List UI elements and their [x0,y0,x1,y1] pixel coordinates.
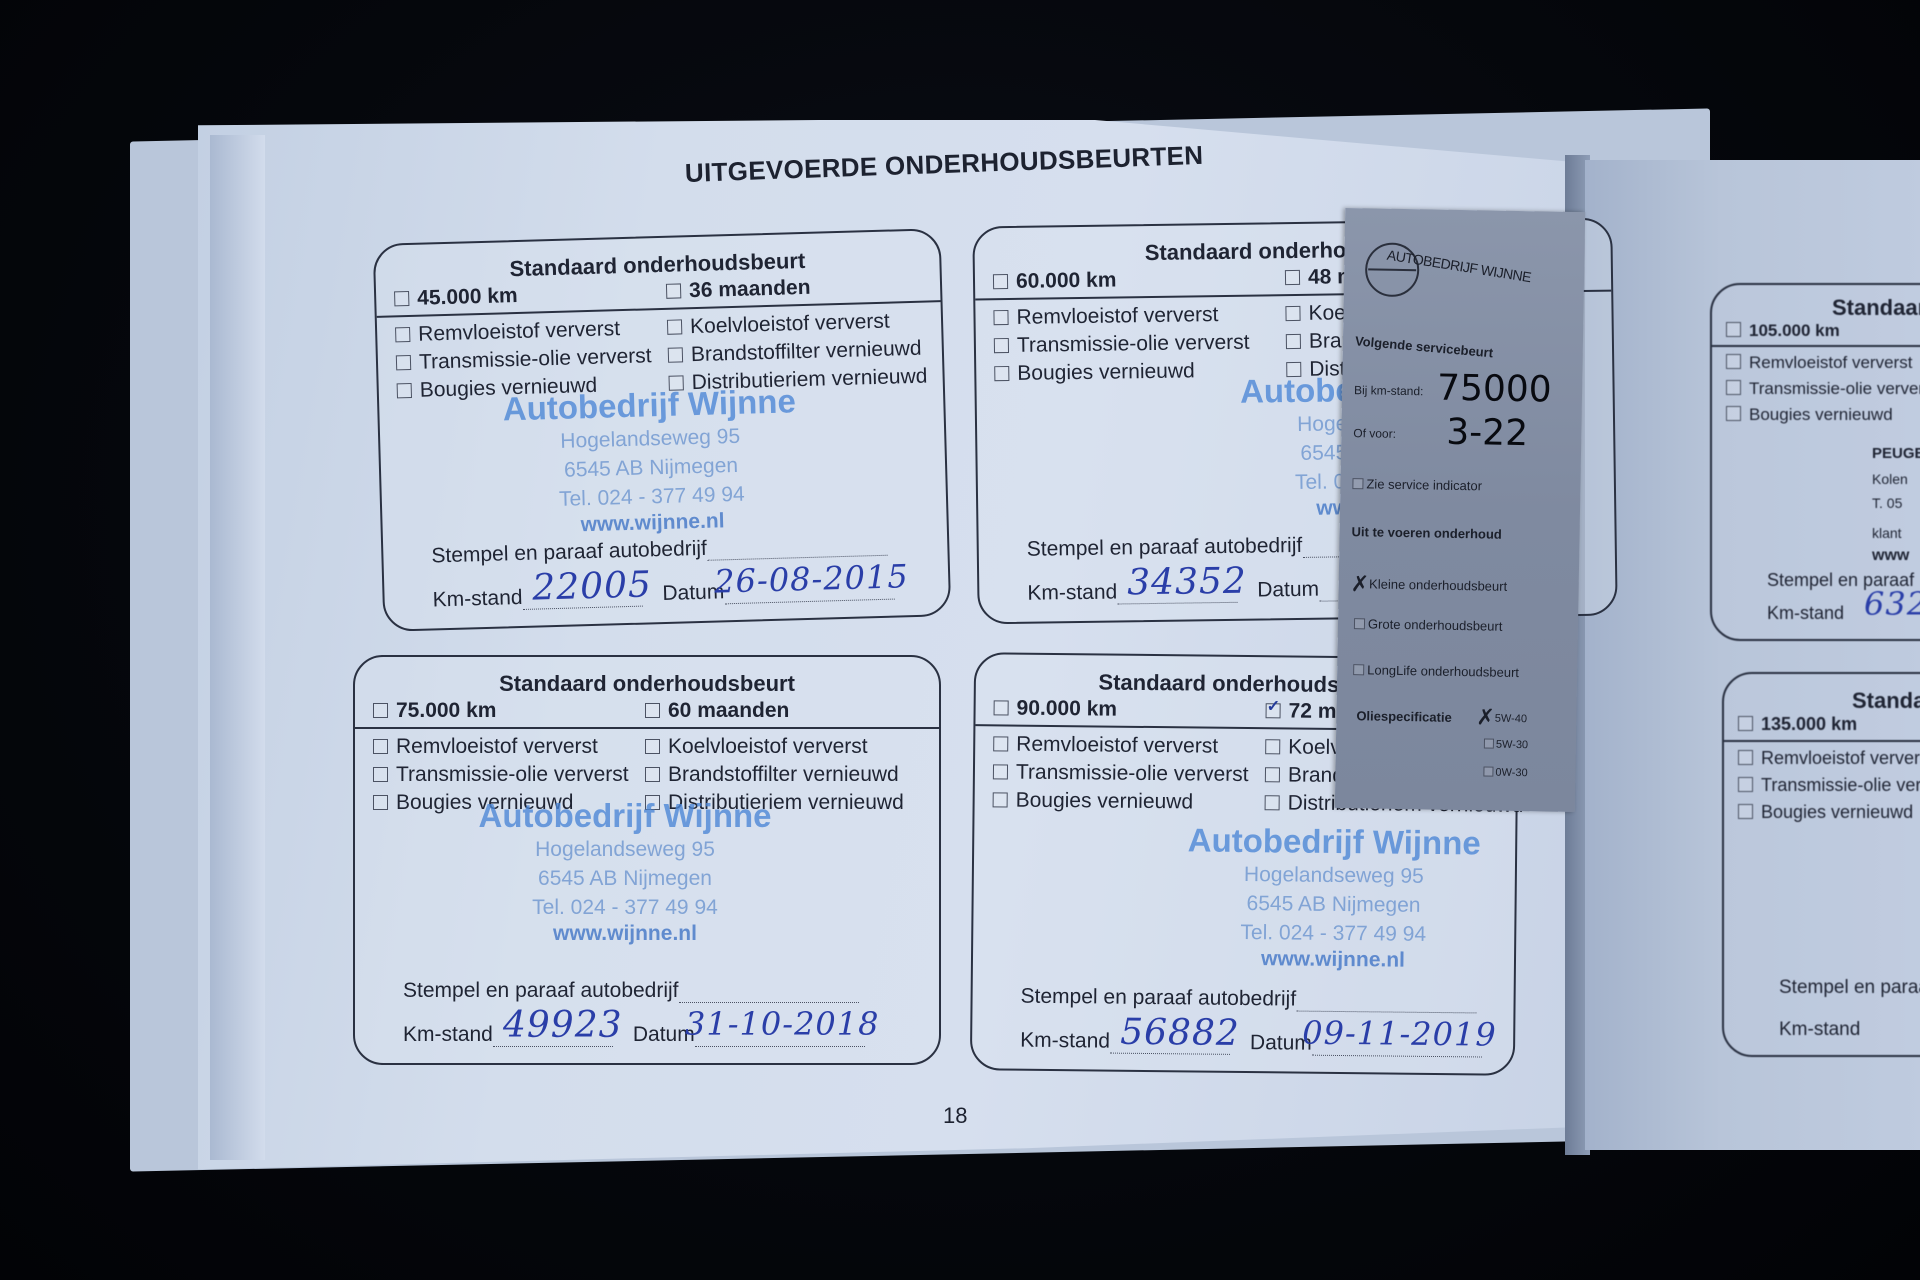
item-label: Brandstoffilter vernieuwd [668,763,899,786]
item-label: Transmissie-olie ververst [1761,775,1920,795]
item-label: Remvloeistof ververst [1016,303,1218,329]
maintenance-card-3: Standaard onderhoudsbeurt75.000 km60 maa… [353,655,941,1065]
dealer-stamp: Autobedrijf Wijnne Hogelandseweg 95 6545… [1123,821,1545,974]
signature-label: Stempel en paraaf autobedrijf [1020,985,1296,1011]
stamp-city: 6545 AB Nijmegen [1123,888,1543,921]
item-label: Transmissie-olie ververst [1017,331,1250,357]
signature-line[interactable] [679,1002,859,1003]
stamp-street: Hogelandseweg 95 [415,835,835,864]
checkbox-km[interactable] [993,274,1008,289]
stamp-name: Autobedrijf Wijnne [415,797,835,835]
item-label: Remvloeistof ververst [1761,748,1920,768]
stamp-city: 6545 AB Nijmegen [415,864,835,893]
stamp-phone: Tel. 024 - 377 49 94 [1123,917,1543,950]
km-interval: 60.000 km [1016,268,1117,292]
signature-label: Stempel en paraaf autobedrijf [431,537,707,568]
checkbox-months[interactable] [666,283,681,298]
steering-wheel-icon [1362,234,1423,305]
checkbox[interactable] [994,366,1009,381]
checkbox[interactable] [645,767,660,782]
month-interval: 60 maanden [668,699,789,722]
stamp-line: T. 05 [1872,495,1902,511]
checkbox[interactable] [993,736,1008,751]
item-label: Transmissie-olie ververst [396,763,629,786]
dealer-stamp: Autobedrijf Wijnne Hogelandseweg 95 6545… [439,380,863,541]
checkbox[interactable] [1726,380,1741,395]
checkbox[interactable] [1738,804,1753,819]
km-label: 105.000 km [1749,321,1840,340]
item-label: Bougies vernieuwd [1761,802,1913,822]
item-label: Brandstoffilter vernieuwd [691,337,922,366]
maintenance-card-1: Standaard onderhoudsbeurt45.000 km36 maa… [373,228,952,632]
stamp-line: www [1872,547,1909,565]
km-label: Bij km-stand: [1354,383,1424,398]
checkbox[interactable] [373,795,388,810]
checkbox[interactable] [1726,406,1741,421]
date-label: Datum [1257,578,1319,602]
checkbox[interactable] [1353,664,1364,675]
checkbox[interactable] [1726,354,1741,369]
date-value: 26-08-2015 [714,557,909,600]
checkbox[interactable] [994,338,1009,353]
next-service-label: Volgende servicebeurt [1354,333,1493,360]
date-value: 31-10-2018 [685,1005,880,1043]
item-label: Remvloeistof ververst [1016,733,1218,758]
checkbox[interactable] [993,764,1008,779]
item-label: Remvloeistof ververst [1749,353,1912,372]
stamp-line: Kolen [1872,471,1908,487]
page-edge [210,135,265,1160]
card-title: Standaard [1832,295,1920,321]
checkbox[interactable] [1352,478,1363,489]
item-label: Transmissie-olie ververst [1749,379,1920,398]
item-label: Bougies vernieuwd [1749,405,1893,424]
stamp-phone: Tel. 024 - 377 49 94 [415,893,835,922]
date-line[interactable] [1312,1055,1482,1058]
checkbox-months[interactable] [1266,703,1281,718]
service-indicator-label: Zie service indicator [1366,476,1482,493]
service-sticker: AUTOBEDRIJF WIJNNE Volgende servicebeurt… [1335,208,1585,812]
card-title: Standaard onderhoudsbeurt [355,671,939,697]
signature-label: Stempel en paraaf [1779,977,1920,999]
checkbox[interactable] [373,739,388,754]
item-label: Transmissie-olie ververst [419,344,652,373]
item-label: Bougies vernieuwd [1017,359,1195,384]
month-interval: 36 maanden [689,276,811,302]
stamp-street: Hogelandseweg 95 [1124,859,1544,892]
stamp-line: PEUGEOT [1872,445,1920,462]
km-stand-value: 22005 [532,564,653,608]
checkbox-months[interactable] [1285,270,1300,285]
checkbox-km[interactable] [394,291,409,306]
checkbox[interactable] [1354,618,1365,629]
km-stand-value: 632 [1864,585,1920,623]
stamp-name: Autobedrijf Wijnne [1124,821,1544,863]
checkbox[interactable] [1265,795,1280,810]
option-label: Grote onderhoudsbeurt [1368,616,1503,633]
item-label: Transmissie-olie ververst [1016,761,1249,786]
km-stand-label: Km-stand [1767,603,1844,624]
checkbox[interactable] [1726,322,1741,337]
oil-option: 5W-30 [1496,739,1528,752]
checkbox[interactable] [993,310,1008,325]
stamp-web: www.wijnne.nl [415,922,835,946]
km-stand-label: Km-stand [403,1023,493,1046]
checkbox-months[interactable] [645,703,660,718]
oil-option: 0W-30 [1495,767,1527,780]
km-label: 135.000 km [1761,714,1857,734]
date-value: 09-11-2019 [1302,1014,1497,1054]
oil-option: 5W-40 [1495,713,1527,726]
stamp-line: klant [1872,525,1902,541]
checkbox[interactable] [1738,750,1753,765]
checkbox[interactable] [1265,767,1280,782]
item-label: Bougies vernieuwd [1016,789,1194,814]
right-card-2: Standaard 135.000 km Remvloeistof verver… [1722,672,1920,1057]
checkbox[interactable] [1484,738,1494,748]
checkbox[interactable] [1483,766,1493,776]
checkbox[interactable] [1286,334,1301,349]
item-label: Koelvloeistof ververst [690,310,890,339]
km-stand-value: 34352 [1127,561,1247,604]
checkbox[interactable] [993,792,1008,807]
item-label: Remvloeistof ververst [418,317,620,346]
handwritten-check-icon[interactable]: ✗ [1350,572,1369,597]
km-interval: 75.000 km [396,699,496,722]
checkbox[interactable] [645,739,660,754]
km-interval: 90.000 km [1016,697,1117,721]
checkbox[interactable] [397,383,412,398]
km-stand-line[interactable] [493,1046,613,1047]
checkbox[interactable] [667,319,682,334]
checkbox-km[interactable] [373,703,388,718]
checkbox[interactable] [1285,306,1300,321]
km-stand-label: Km-stand [1027,580,1117,604]
item-label: Remvloeistof ververst [396,735,598,758]
km-stand-value: 56882 [1120,1012,1240,1054]
dealer-stamp: Autobedrijf Wijnne Hogelandseweg 95 6545… [415,797,835,946]
km-stand-label: Km-stand [1020,1029,1110,1053]
km-interval: 45.000 km [417,284,518,310]
option-label: LongLife onderhoudsbeurt [1367,662,1519,680]
checkbox[interactable] [1265,739,1280,754]
date-line[interactable] [695,1046,865,1047]
checkbox[interactable] [1738,777,1753,792]
signature-label: Stempel en paraaf autobedrijf [1027,534,1303,561]
km-stand-value: 49923 [503,1005,623,1046]
signature-label: Stempel en paraaf autobedrijf [403,979,679,1002]
before-label: Of voor: [1353,426,1396,441]
km-stand-label: Km-stand [1779,1019,1860,1041]
right-card-1: Standaard 105.000 km Remvloeistof verver… [1710,283,1920,641]
checkbox[interactable] [1738,716,1753,731]
checkbox[interactable] [668,347,683,362]
card-title: Standaard [1852,688,1920,714]
before-date-value: 3-22 [1446,412,1528,454]
todo-label: Uit te voeren onderhoud [1351,524,1501,542]
km-stand-label: Km-stand [432,586,522,612]
handwritten-x-icon[interactable]: ✗ [1476,704,1495,729]
page-number: 18 [943,1103,967,1129]
checkbox[interactable] [395,327,410,342]
stamp-web: www.wijnne.nl [1123,946,1543,974]
next-km-value: 75000 [1437,368,1552,411]
checkbox-km[interactable] [994,700,1009,715]
option-label: Kleine onderhoudsbeurt [1369,576,1507,593]
oil-spec-label: Oliespecificatie [1356,708,1452,725]
card-title: Standaard onderhoudsbeurt [375,244,940,286]
checkbox[interactable] [396,355,411,370]
item-label: Koelvloeistof ververst [668,735,868,758]
checkbox[interactable] [373,767,388,782]
